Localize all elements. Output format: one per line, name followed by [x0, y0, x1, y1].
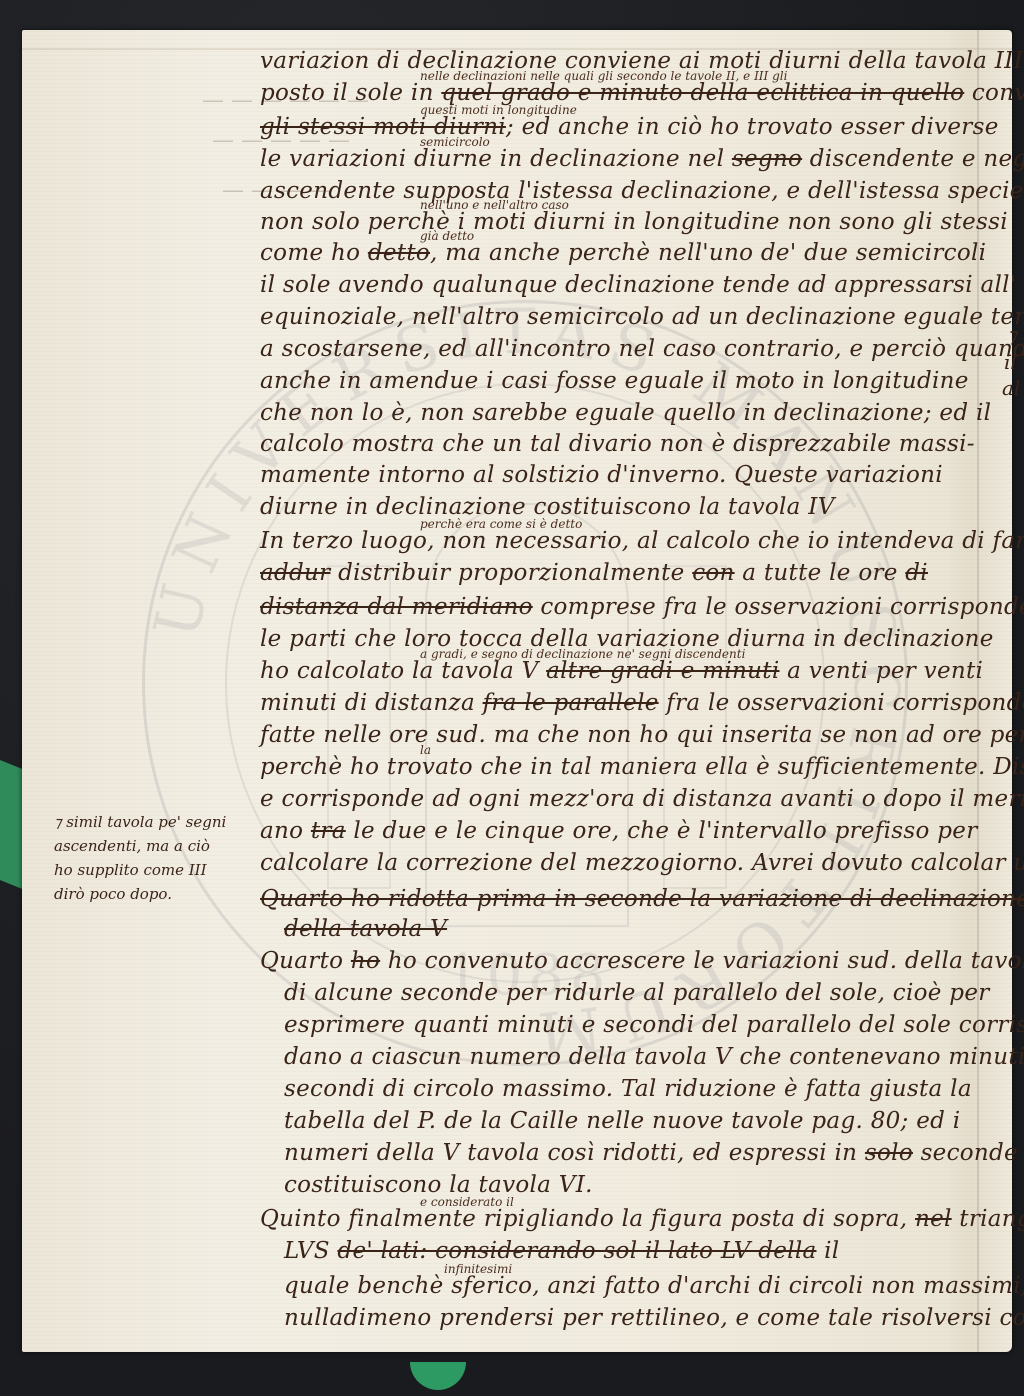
line-text: numeri della V tavola così ridotti, ed e… — [284, 1140, 865, 1166]
manuscript-line: che non lo è, non sarebbe eguale quello … — [260, 402, 991, 425]
line-text: non solo perchè i moti diurni in longitu… — [260, 209, 1008, 235]
line-text: fra le osservazioni corrispondenti — [659, 690, 1024, 716]
line-text: ho calcolato la tavola V — [260, 658, 546, 684]
struck-text: nel — [915, 1206, 952, 1232]
margin-note-line: ho supplito come III — [54, 858, 254, 882]
interlinear-insertion: questi moti in longitudine — [420, 104, 577, 116]
manuscript-line: posto il sole in quel grado e minuto del… — [260, 82, 1024, 105]
line-text: a scostarsene, ed all'incontro nel caso … — [260, 336, 1024, 362]
interlinear-insertion: a gradi, e segno di declinazione ne' seg… — [420, 648, 745, 660]
line-text: fatte nelle ore sud. ma che non ho qui i… — [260, 722, 1024, 748]
manuscript-line: secondi di circolo massimo. Tal riduzion… — [284, 1078, 972, 1101]
line-text: mamente intorno al solstizio d'inverno. … — [260, 462, 943, 488]
interlinear-insertion: semicircolo — [420, 136, 490, 148]
struck-text: solo — [865, 1140, 913, 1166]
struck-text: Quarto ho ridotta prima in seconde la va… — [260, 886, 1024, 912]
line-text: , ma anche perchè nell'uno de' due semic… — [430, 240, 986, 266]
struck-text: altre gradi e minuti — [546, 658, 779, 684]
line-text: LVS — [284, 1238, 337, 1264]
line-text: distribuir proporzionalmente — [330, 560, 692, 586]
margin-note-line: ⁊ simil tavola pe' segni — [54, 810, 254, 834]
struck-text: ho — [351, 948, 380, 974]
line-text: seconde — [913, 1140, 1018, 1166]
manuscript-line: mamente intorno al solstizio d'inverno. … — [260, 464, 943, 487]
left-margin-note: ⁊ simil tavola pe' segni ascendenti, ma … — [54, 810, 254, 906]
line-text: e corrisponde ad ogni mezz'ora di distan… — [260, 786, 1024, 812]
line-text: minuti di distanza — [260, 690, 483, 716]
struck-text: della tavola V — [284, 916, 447, 942]
line-text: il — [817, 1238, 840, 1264]
manuscript-line: le variazioni diurne in declinazione nel… — [260, 148, 1024, 171]
line-text: Quarto — [260, 948, 351, 974]
manuscript-line: il sole avendo qualunque declinazione te… — [260, 274, 1016, 297]
manuscript-line: numeri della V tavola così ridotti, ed e… — [284, 1142, 1018, 1165]
struck-text: con — [692, 560, 734, 586]
manuscript-line: LVS de' lati: considerando sol il lato L… — [284, 1240, 839, 1263]
manuscript-line: distanza dal meridiano comprese fra le o… — [260, 596, 1024, 619]
line-text: di alcune seconde per ridurle al paralle… — [284, 980, 990, 1006]
struck-text: di — [905, 560, 928, 586]
line-text: calcolo mostra che un tal divario non è … — [260, 431, 975, 457]
line-text: discendente e negli — [802, 146, 1024, 172]
interlinear-insertion: nell'uno e nell'altro caso — [420, 199, 569, 211]
line-text: In terzo luogo, non necessario, al calco… — [260, 528, 1024, 554]
line-text: perchè ho trovato che in tal maniera ell… — [260, 754, 1024, 780]
line-text: ; ed anche in ciò ho trovato esser diver… — [506, 114, 999, 140]
struck-text: de' lati: considerando sol il lato LV de… — [337, 1238, 816, 1264]
line-text: Quinto finalmente ripigliando la figura … — [260, 1206, 915, 1232]
interlinear-insertion: nelle declinazioni nelle quali gli secon… — [420, 70, 787, 82]
line-text: comprese fra le osservazioni corrisponde… — [533, 594, 1024, 620]
manuscript-line: ano tra le due e le cinque ore, che è l'… — [260, 820, 978, 843]
adjacent-page-note: al — [1002, 378, 1020, 398]
struck-text: distanza dal meridiano — [260, 594, 533, 620]
manuscript-line: come ho detto, ma anche perchè nell'uno … — [260, 242, 986, 265]
interlinear-insertion: e considerato il — [420, 1196, 514, 1208]
line-text: tabella del P. de la Caille nelle nuove … — [284, 1108, 960, 1134]
line-text: calcolare la correzione del mezzogiorno.… — [260, 850, 1024, 876]
line-text: a venti per venti — [779, 658, 983, 684]
manuscript-page: UNIVERSITAS MANUSCRIPTORUM 1088 — — — — … — [22, 30, 1012, 1352]
manuscript-line: costituiscono la tavola VI. — [284, 1174, 593, 1197]
line-text: secondi di circolo massimo. Tal riduzion… — [284, 1076, 972, 1102]
line-text: quale benchè sferico, anzi fatto d'archi… — [284, 1273, 1024, 1299]
adjacent-page-note: il — [1004, 352, 1017, 372]
margin-note-line: ascendenti, ma a ciò — [54, 834, 254, 858]
line-text: le variazioni diurne in declinazione nel — [260, 146, 732, 172]
line-text: anche in amendue i casi fosse eguale il … — [260, 368, 969, 394]
manuscript-line: Quarto ho ho convenuto accrescere le var… — [260, 950, 1024, 973]
manuscript-line: diurne in declinazione costituiscono la … — [260, 496, 835, 519]
line-text: esprimere quanti minuti e secondi del pa… — [284, 1012, 1024, 1038]
line-text: equinoziale, nell'altro semicircolo ad u… — [260, 304, 1024, 330]
manuscript-line: dano a ciascun numero della tavola V che… — [284, 1046, 1024, 1069]
manuscript-line: calcolare la correzione del mezzogiorno.… — [260, 852, 1024, 875]
manuscript-line: nulladimeno prendersi per rettilineo, e … — [284, 1307, 1024, 1330]
manuscript-line: della tavola V — [284, 918, 447, 941]
manuscript-line: fatte nelle ore sud. ma che non ho qui i… — [260, 724, 1024, 747]
line-text: convengono — [964, 80, 1024, 106]
manuscript-line: non solo perchè i moti diurni in longitu… — [260, 211, 1008, 234]
manuscript-line: gli stessi moti diurni; ed anche in ciò … — [260, 116, 999, 139]
struck-text: detto — [368, 240, 430, 266]
line-text: nulladimeno prendersi per rettilineo, e … — [284, 1305, 1024, 1331]
manuscript-line: In terzo luogo, non necessario, al calco… — [260, 530, 1024, 553]
interlinear-insertion: perchè era come si è detto — [420, 518, 582, 530]
line-text: a tutte le ore — [735, 560, 906, 586]
struck-text: fra le parallele — [483, 690, 659, 716]
line-text: posto il sole in — [260, 80, 441, 106]
manuscript-line: calcolo mostra che un tal divario non è … — [260, 433, 975, 456]
line-text: dano a ciascun numero della tavola V che… — [284, 1044, 1024, 1070]
manuscript-line: ascendente supposta l'istessa declinazio… — [260, 180, 1024, 203]
line-text: ano — [260, 818, 311, 844]
manuscript-line: e corrisponde ad ogni mezz'ora di distan… — [260, 788, 1024, 811]
manuscript-line: Quarto ho ridotta prima in seconde la va… — [260, 888, 1024, 911]
margin-note-line: dirò poco dopo. — [54, 882, 254, 906]
manuscript-line: anche in amendue i casi fosse eguale il … — [260, 370, 969, 393]
adjacent-page-note: ⁊ — [1007, 325, 1017, 345]
manuscript-line: minuti di distanza fra le parallele fra … — [260, 692, 1024, 715]
line-text: il sole avendo qualunque declinazione te… — [260, 272, 1016, 298]
manuscript-line: equinoziale, nell'altro semicircolo ad u… — [260, 306, 1024, 329]
line-text: le due e le cinque ore, che è l'interval… — [346, 818, 978, 844]
line-text: come ho — [260, 240, 368, 266]
manuscript-line: quale benchè sferico, anzi fatto d'archi… — [284, 1275, 1024, 1298]
manuscript-line: tabella del P. de la Caille nelle nuove … — [284, 1110, 960, 1133]
line-text: che non lo è, non sarebbe eguale quello … — [260, 400, 991, 426]
struck-text: segno — [732, 146, 802, 172]
interlinear-insertion: la — [420, 744, 431, 756]
struck-text: addur — [260, 560, 330, 586]
interlinear-insertion: già detto — [420, 230, 474, 242]
manuscript-line: di alcune seconde per ridurle al paralle… — [284, 982, 990, 1005]
manuscript-line: esprimere quanti minuti e secondi del pa… — [284, 1014, 1024, 1037]
line-text: ho convenuto accrescere le variazioni su… — [380, 948, 1024, 974]
manuscript-line: ho calcolato la tavola V altre gradi e m… — [260, 660, 983, 683]
line-text: triangolo — [952, 1206, 1024, 1232]
manuscript-line: addur distribuir proporzionalmente con a… — [260, 562, 928, 585]
manuscript-line: a scostarsene, ed all'incontro nel caso … — [260, 338, 1024, 361]
struck-text: tra — [311, 818, 346, 844]
manuscript-line: perchè ho trovato che in tal maniera ell… — [260, 756, 1024, 779]
interlinear-insertion: infinitesimi — [444, 1263, 512, 1275]
manuscript-line: Quinto finalmente ripigliando la figura … — [260, 1208, 1024, 1231]
line-text: ascendente supposta l'istessa declinazio… — [260, 178, 1024, 204]
